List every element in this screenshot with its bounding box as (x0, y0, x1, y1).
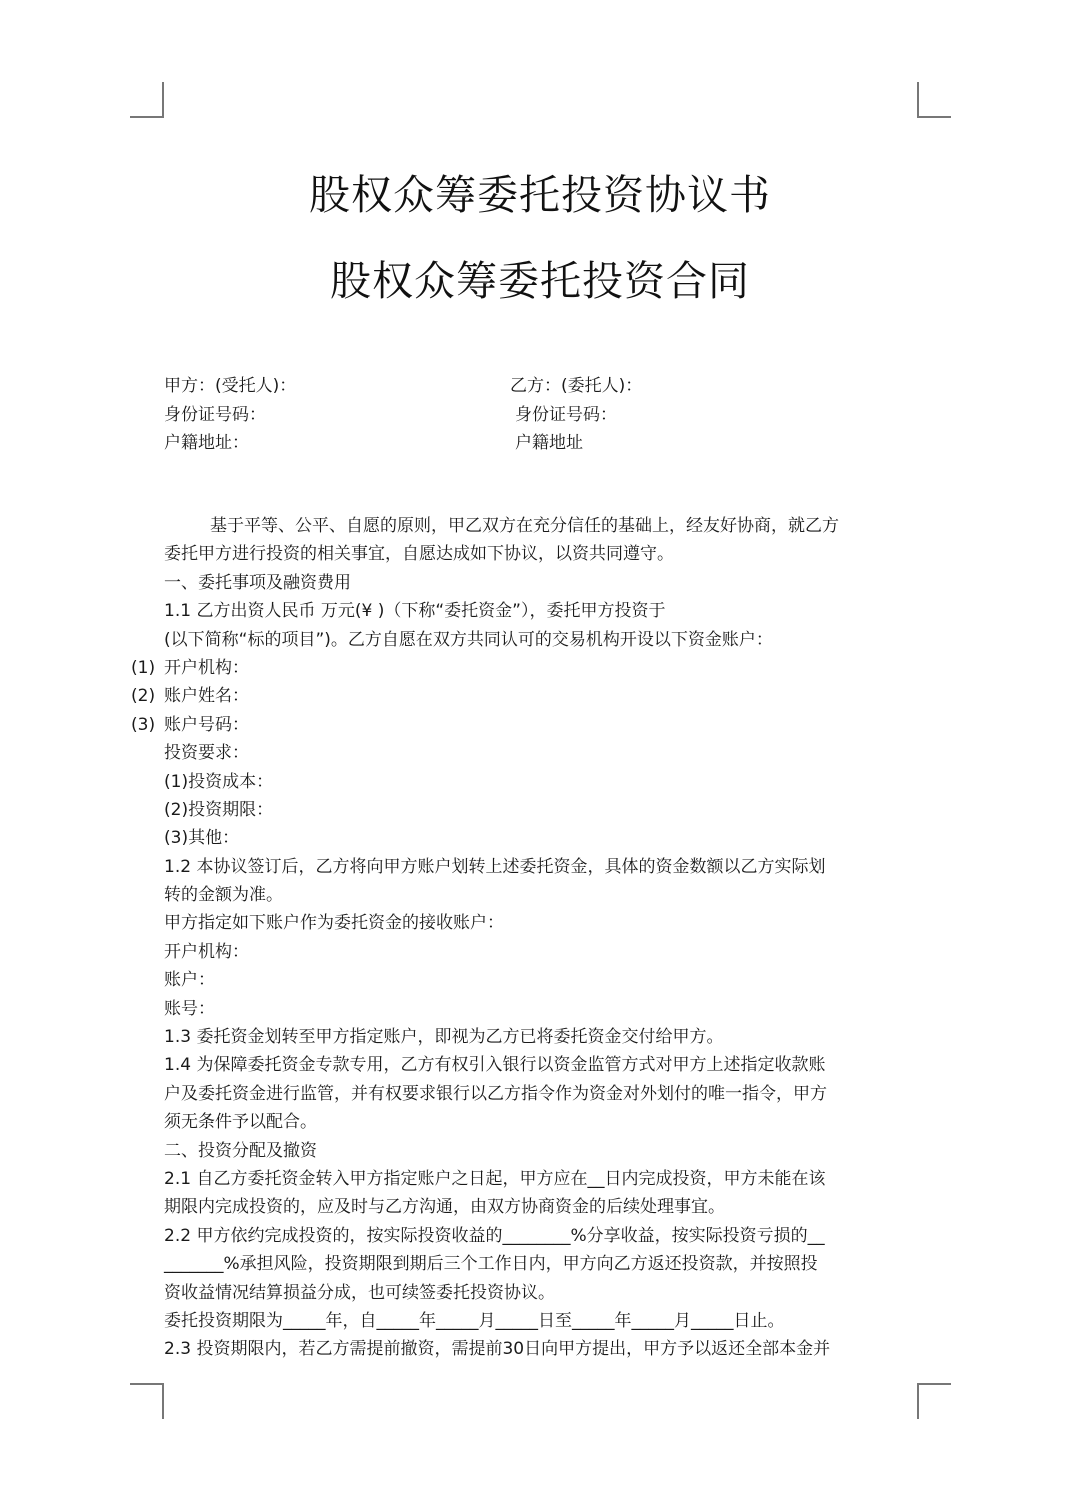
party-b-name: 乙方：(委托人)： (510, 372, 642, 401)
clause-line: 委托投资期限为_____年，自_____年_____月_____日至_____年… (164, 1307, 916, 1335)
account-item-label: 账户号码： (164, 715, 249, 735)
clause-line: 须无条件予以配合。 (164, 1108, 916, 1136)
crop-mark-bottom-left (130, 1383, 164, 1419)
clause-line: 2.3 投资期限内，若乙方需提前撤资，需提前30日向甲方提出，甲方予以返还全部本… (164, 1335, 916, 1363)
crop-mark-top-right (917, 82, 951, 118)
document-title: 股权众筹委托投资协议书 (0, 162, 1080, 221)
clause-line: 开户机构： (164, 938, 916, 966)
clause-line: 资收益情况结算损益分成，也可续签委托投资协议。 (164, 1279, 916, 1307)
clause-line: (3)其他： (164, 824, 916, 852)
clause-line: 投资要求： (164, 739, 916, 767)
clause-line: 账号： (164, 995, 916, 1023)
party-b-id: 身份证号码： (510, 401, 642, 430)
preamble-line: 基于平等、公平、自愿的原则，甲乙双方在充分信任的基础上，经友好协商，就乙方 (164, 512, 916, 540)
clause-line: 甲方指定如下账户作为委托资金的接收账户： (164, 909, 916, 937)
crop-mark-top-left (130, 82, 164, 118)
party-a: 甲方：(受托人)： 身份证号码： 户籍地址： (164, 372, 296, 458)
clause-line: (以下简称“标的项目”)。乙方自愿在双方共同认可的交易机构开设以下资金账户： (164, 626, 916, 654)
party-a-id: 身份证号码： (164, 401, 296, 430)
section-heading: 二、投资分配及撤资 (164, 1137, 916, 1165)
clause-line: 户及委托资金进行监管，并有权要求银行以乙方指令作为资金对外划付的唯一指令，甲方 (164, 1080, 916, 1108)
clause-line: 2.2 甲方依约完成投资的，按实际投资收益的________%分享收益，按实际投… (164, 1222, 916, 1250)
account-item-label: 账户姓名： (164, 686, 249, 706)
list-number: (2) (131, 682, 155, 710)
party-a-name: 甲方：(受托人)： (164, 372, 296, 401)
account-item: (2)账户姓名： (164, 682, 916, 710)
clause-line: (2)投资期限： (164, 796, 916, 824)
account-item: (1)开户机构： (164, 654, 916, 682)
clause-line: 1.2 本协议签订后，乙方将向甲方账户划转上述委托资金，具体的资金数额以乙方实际… (164, 853, 916, 881)
clause-line: 2.1 自乙方委托资金转入甲方指定账户之日起，甲方应在__日内完成投资，甲方未能… (164, 1165, 916, 1193)
clause-line: 1.3 委托资金划转至甲方指定账户，即视为乙方已将委托资金交付给甲方。 (164, 1023, 916, 1051)
clause-line: 期限内完成投资的，应及时与乙方沟通，由双方协商资金的后续处理事宜。 (164, 1193, 916, 1221)
account-item: (3)账户号码： (164, 711, 916, 739)
party-a-address: 户籍地址： (164, 429, 296, 458)
preamble-line: 委托甲方进行投资的相关事宜，自愿达成如下协议，以资共同遵守。 (164, 540, 916, 568)
account-item-label: 开户机构： (164, 658, 249, 678)
party-b: 乙方：(委托人)： 身份证号码： 户籍地址 (510, 372, 642, 458)
clause-line: _______%承担风险，投资期限到期后三个工作日内，甲方向乙方返还投资款，并按… (164, 1250, 916, 1278)
list-number: (1) (131, 654, 155, 682)
clause-line: 1.4 为保障委托资金专款专用，乙方有权引入银行以资金监管方式对甲方上述指定收款… (164, 1051, 916, 1079)
clause-line: 转的金额为准。 (164, 881, 916, 909)
party-b-address: 户籍地址 (510, 429, 642, 458)
agreement-body: 基于平等、公平、自愿的原则，甲乙双方在充分信任的基础上，经友好协商，就乙方 委托… (164, 512, 916, 1364)
crop-mark-bottom-right (917, 1383, 951, 1419)
document-subtitle: 股权众筹委托投资合同 (0, 248, 1080, 307)
clause-line: 账户： (164, 966, 916, 994)
clause-line: (1)投资成本： (164, 768, 916, 796)
clause-line: 1.1 乙方出资人民币 万元(¥ )（下称“委托资金”），委托甲方投资于 (164, 597, 916, 625)
section-heading: 一、委托事项及融资费用 (164, 569, 916, 597)
list-number: (3) (131, 711, 155, 739)
